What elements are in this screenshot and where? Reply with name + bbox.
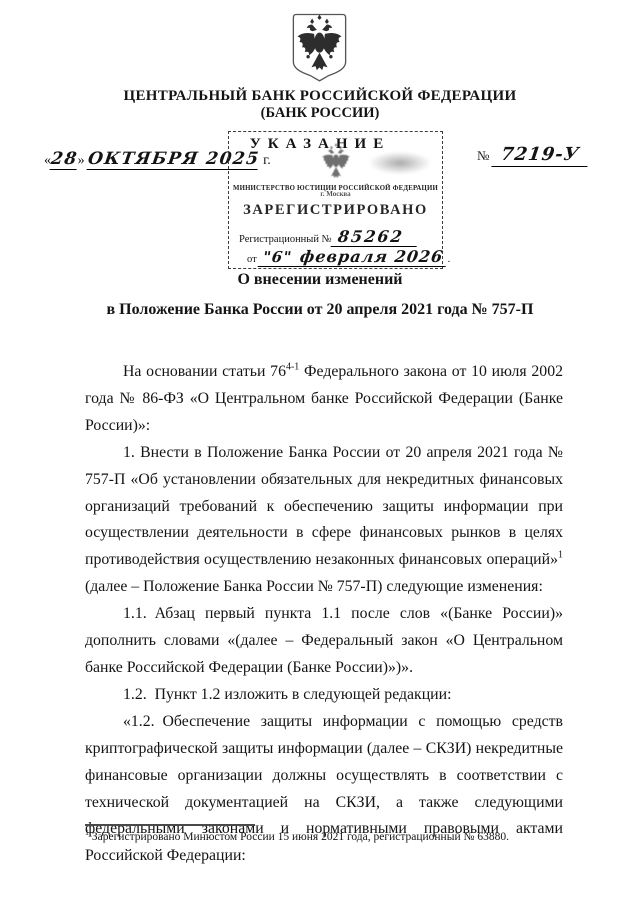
footnote-ref: 1 [558, 550, 563, 561]
document-title-line1: О внесении изменений [0, 271, 640, 289]
paragraph-1: 1. Внести в Положение Банка России от 20… [85, 440, 563, 601]
paragraph-1-2: 1.2. Пункт 1.2 изложить в следующей реда… [85, 682, 563, 709]
stamp-reg-number: 85262 [330, 227, 418, 247]
footnote-body: Зарегистрировано Минюстом России 15 июня… [89, 831, 509, 843]
paragraph-intro-text: На основании статьи 76 [123, 363, 286, 380]
stamp-date-suffix: . [448, 254, 451, 265]
stamp-registration-number-row: Регистрационный №85262 [239, 227, 417, 247]
footnote-divider [85, 824, 255, 826]
document-body: На основании статьи 764-1 Федерального з… [85, 359, 563, 870]
footnote-text: 1 Зарегистрировано Минюстом России 15 ию… [85, 831, 563, 843]
ink-smudge [370, 152, 430, 174]
document-title-line2: в Положение Банка России от 20 апреля 20… [0, 301, 640, 319]
stamp-registered-label: ЗАРЕГИСТРИРОВАНО [229, 202, 442, 219]
stamp-date-value: февраля 2026 [295, 247, 449, 267]
superscript-ref: 4-1 [286, 362, 299, 373]
bank-name-line1: ЦЕНТРАЛЬНЫЙ БАНК РОССИЙСКОЙ ФЕДЕРАЦИИ [0, 88, 640, 105]
paragraph-1-text2: (далее – Положение Банка России № 757-П)… [85, 578, 543, 595]
stamp-city: г. Москва [229, 190, 442, 198]
footnote-block: 1 Зарегистрировано Минюстом России 15 ию… [85, 824, 563, 843]
paragraph-1-1: 1.1. Абзац первый пункта 1.1 после слов … [85, 601, 563, 682]
doc-type-heading: УКАЗАНИЕ [0, 136, 640, 153]
stamp-reg-label: Регистрационный № [239, 234, 332, 245]
document-page: ЦЕНТРАЛЬНЫЙ БАНК РОССИЙСКОЙ ФЕДЕРАЦИИ (Б… [0, 0, 640, 905]
paragraph-intro: На основании статьи 764-1 Федерального з… [85, 359, 563, 440]
paragraph-1-2-quote: «1.2. Обеспечение защиты информации с по… [85, 709, 563, 870]
date-quote-close: » [78, 153, 85, 168]
bank-name-line2: (БАНК РОССИИ) [0, 105, 640, 122]
russia-coat-of-arms-icon [286, 11, 353, 91]
paragraph-1-text: 1. Внести в Положение Банка России от 20… [85, 444, 563, 569]
stamp-date-row: от "6"февраля 2026. [247, 247, 450, 267]
stamp-date-prefix: от [247, 254, 257, 265]
stamp-date-day: "6" [258, 248, 298, 267]
